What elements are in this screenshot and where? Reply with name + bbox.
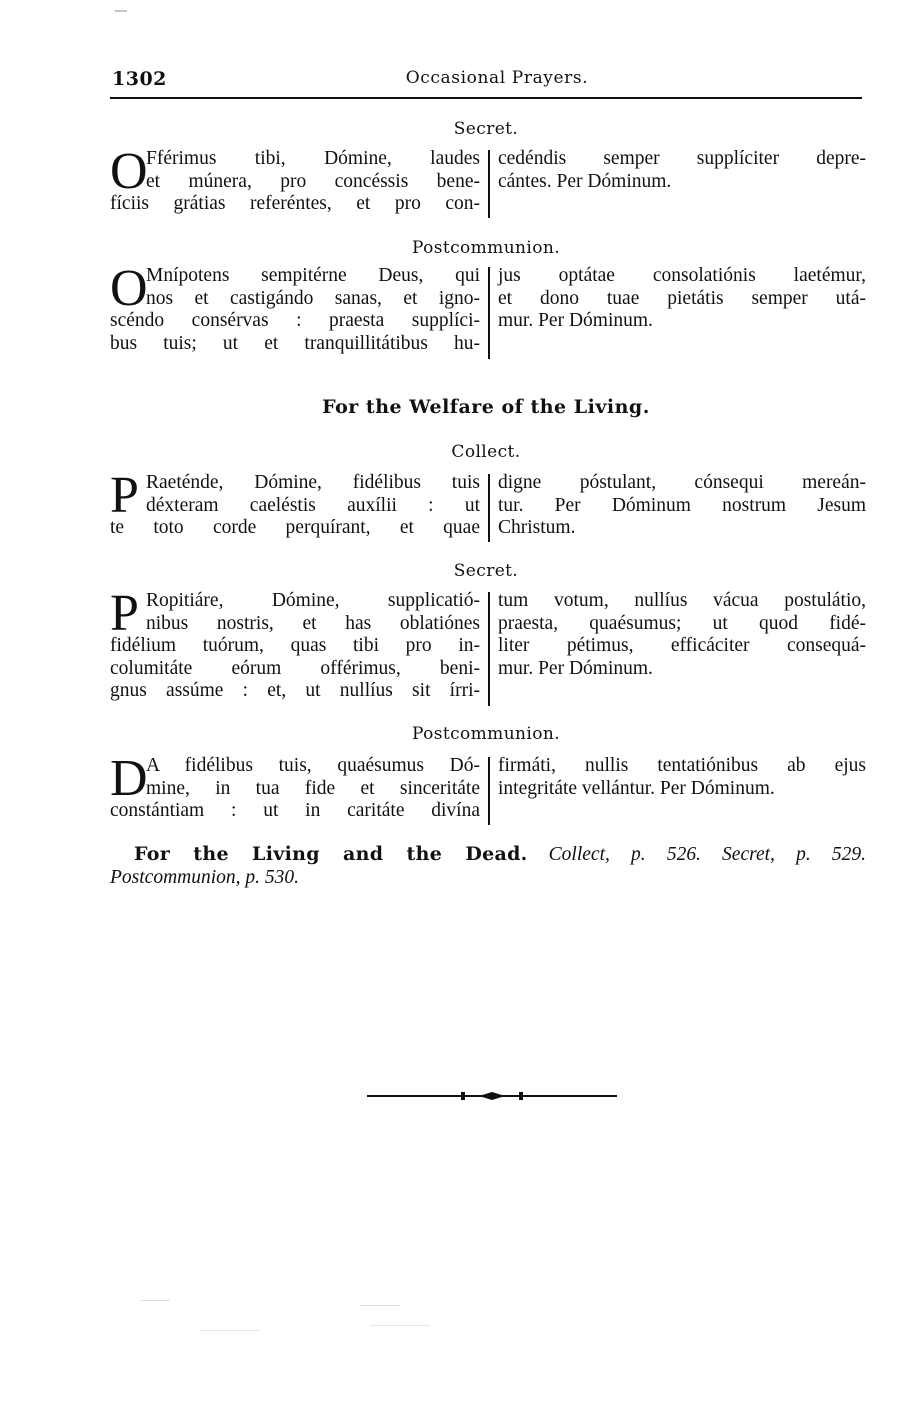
prayer-line: Fférimus tibi, Dómine, laudes	[110, 148, 480, 171]
prayer-right-column: jus optátae consolatiónis laetémur, et d…	[498, 265, 866, 333]
cross-reference-title: For the Living and the Dead.	[110, 843, 528, 865]
running-head: 1302 Occasional Prayers.	[112, 68, 862, 94]
prayer-line: fíciis grátias referéntes, et pro con-	[110, 193, 480, 216]
section-heading-welfare: For the Welfare of the Living.	[110, 396, 862, 418]
prayer-line: Ropitiáre, Dómine, supplicatió-	[110, 590, 480, 613]
prayer-line: scéndo consérvas : praesta supplíci-	[110, 310, 480, 333]
column-divider	[488, 757, 490, 825]
column-divider	[488, 267, 490, 359]
cross-reference-postcommunion: Postcommunion, p. 530.	[110, 867, 299, 888]
prayer-line: cedéndis semper supplíciter depre-	[498, 148, 866, 171]
prayer-line: firmáti, nullis tentatiónibus ab ejus	[498, 755, 866, 778]
prayer-line: nos et castigándo sanas, et igno-	[110, 288, 480, 311]
prayer-line: tum votum, nullíus vácua postulátio,	[498, 590, 866, 613]
prayer-line: integritáte vellántur. Per Dóminum.	[498, 778, 866, 801]
cross-reference: For the Living and the Dead. Collect, p.…	[110, 843, 866, 889]
print-speck	[140, 1300, 170, 1301]
section-label-secret: Secret.	[110, 561, 862, 581]
prayer-secret: O Fférimus tibi, Dómine, laudes et múner…	[110, 148, 866, 218]
prayer-line: te toto corde perquírant, et quae	[110, 517, 480, 540]
prayer-line: déxteram caeléstis auxílii : ut	[110, 495, 480, 518]
header-rule	[110, 97, 862, 99]
prayer-line: digne póstulant, cónsequi mereán-	[498, 472, 866, 495]
section-label-collect: Collect.	[110, 442, 862, 462]
prayer-line: et dono tuae pietátis semper utá-	[498, 288, 866, 311]
column-divider	[488, 150, 490, 218]
prayer-line: jus optátae consolatiónis laetémur,	[498, 265, 866, 288]
prayer-left-column: A fidélibus tuis, quaésumus Dó- mine, in…	[110, 755, 480, 823]
tail-piece-ornament-icon	[367, 1091, 617, 1101]
prayer-line: praesta, quaésumus; ut quod fidé-	[498, 613, 866, 636]
prayer-line: mine, in tua fide et sinceritáte	[110, 778, 480, 801]
prayer-left-column: Mnípotens sempitérne Deus, qui nos et ca…	[110, 265, 480, 355]
column-divider	[488, 592, 490, 706]
prayer-right-column: cedéndis semper supplíciter depre- cánte…	[498, 148, 866, 193]
prayer-line: cántes. Per Dóminum.	[498, 171, 866, 194]
cross-reference-line: For the Living and the Dead. Collect, p.…	[110, 843, 866, 866]
prayer-line: nibus nostris, et has oblatiónes	[110, 613, 480, 636]
cross-reference-secret: Secret, p. 529.	[722, 844, 866, 865]
section-label-postcommunion: Postcommunion.	[110, 724, 862, 744]
prayer-line: Christum.	[498, 517, 866, 540]
book-page: 1302 Occasional Prayers. Secret. O Fféri…	[0, 0, 897, 1425]
prayer-line: tur. Per Dóminum nostrum Jesum	[498, 495, 866, 518]
section-label-secret: Secret.	[110, 119, 862, 139]
prayer-line: Mnípotens sempitérne Deus, qui	[110, 265, 480, 288]
prayer-line: A fidélibus tuis, quaésumus Dó-	[110, 755, 480, 778]
column-divider	[488, 474, 490, 542]
prayer-postcommunion: O Mnípotens sempitérne Deus, qui nos et …	[110, 265, 866, 357]
prayer-line: mur. Per Dóminum.	[498, 658, 866, 681]
print-speck	[370, 1325, 430, 1326]
print-speck	[115, 10, 127, 12]
prayer-line: et múnera, pro concéssis bene-	[110, 171, 480, 194]
cross-reference-collect: Collect, p. 526.	[549, 844, 701, 865]
prayer-right-column: digne póstulant, cónsequi mereán- tur. P…	[498, 472, 866, 540]
prayer-line: columitáte eórum offérimus, beni-	[110, 658, 480, 681]
prayer-postcommunion: D A fidélibus tuis, quaésumus Dó- mine, …	[110, 755, 866, 825]
prayer-secret: P Ropitiáre, Dómine, supplicatió- nibus …	[110, 590, 866, 705]
prayer-line: bus tuis; ut et tranquillitátibus hu-	[110, 333, 480, 356]
prayer-left-column: Raeténde, Dómine, fidélibus tuis déxtera…	[110, 472, 480, 540]
prayer-line: constántiam : ut in caritáte divína	[110, 800, 480, 823]
print-speck	[200, 1330, 260, 1331]
prayer-line: fidélium tuórum, quas tibi pro in-	[110, 635, 480, 658]
print-speck	[360, 1305, 400, 1306]
prayer-right-column: firmáti, nullis tentatiónibus ab ejus in…	[498, 755, 866, 800]
running-title: Occasional Prayers.	[112, 68, 862, 88]
prayer-line: gnus assúme : et, ut nullíus sit írri-	[110, 680, 480, 703]
prayer-line: Raeténde, Dómine, fidélibus tuis	[110, 472, 480, 495]
prayer-collect: P Raeténde, Dómine, fidélibus tuis déxte…	[110, 472, 866, 542]
prayer-left-column: Ropitiáre, Dómine, supplicatió- nibus no…	[110, 590, 480, 703]
prayer-right-column: tum votum, nullíus vácua postulátio, pra…	[498, 590, 866, 680]
prayer-line: mur. Per Dóminum.	[498, 310, 866, 333]
prayer-line: liter pétimus, efficáciter consequá-	[498, 635, 866, 658]
prayer-left-column: Fférimus tibi, Dómine, laudes et múnera,…	[110, 148, 480, 216]
section-label-postcommunion: Postcommunion.	[110, 238, 862, 258]
